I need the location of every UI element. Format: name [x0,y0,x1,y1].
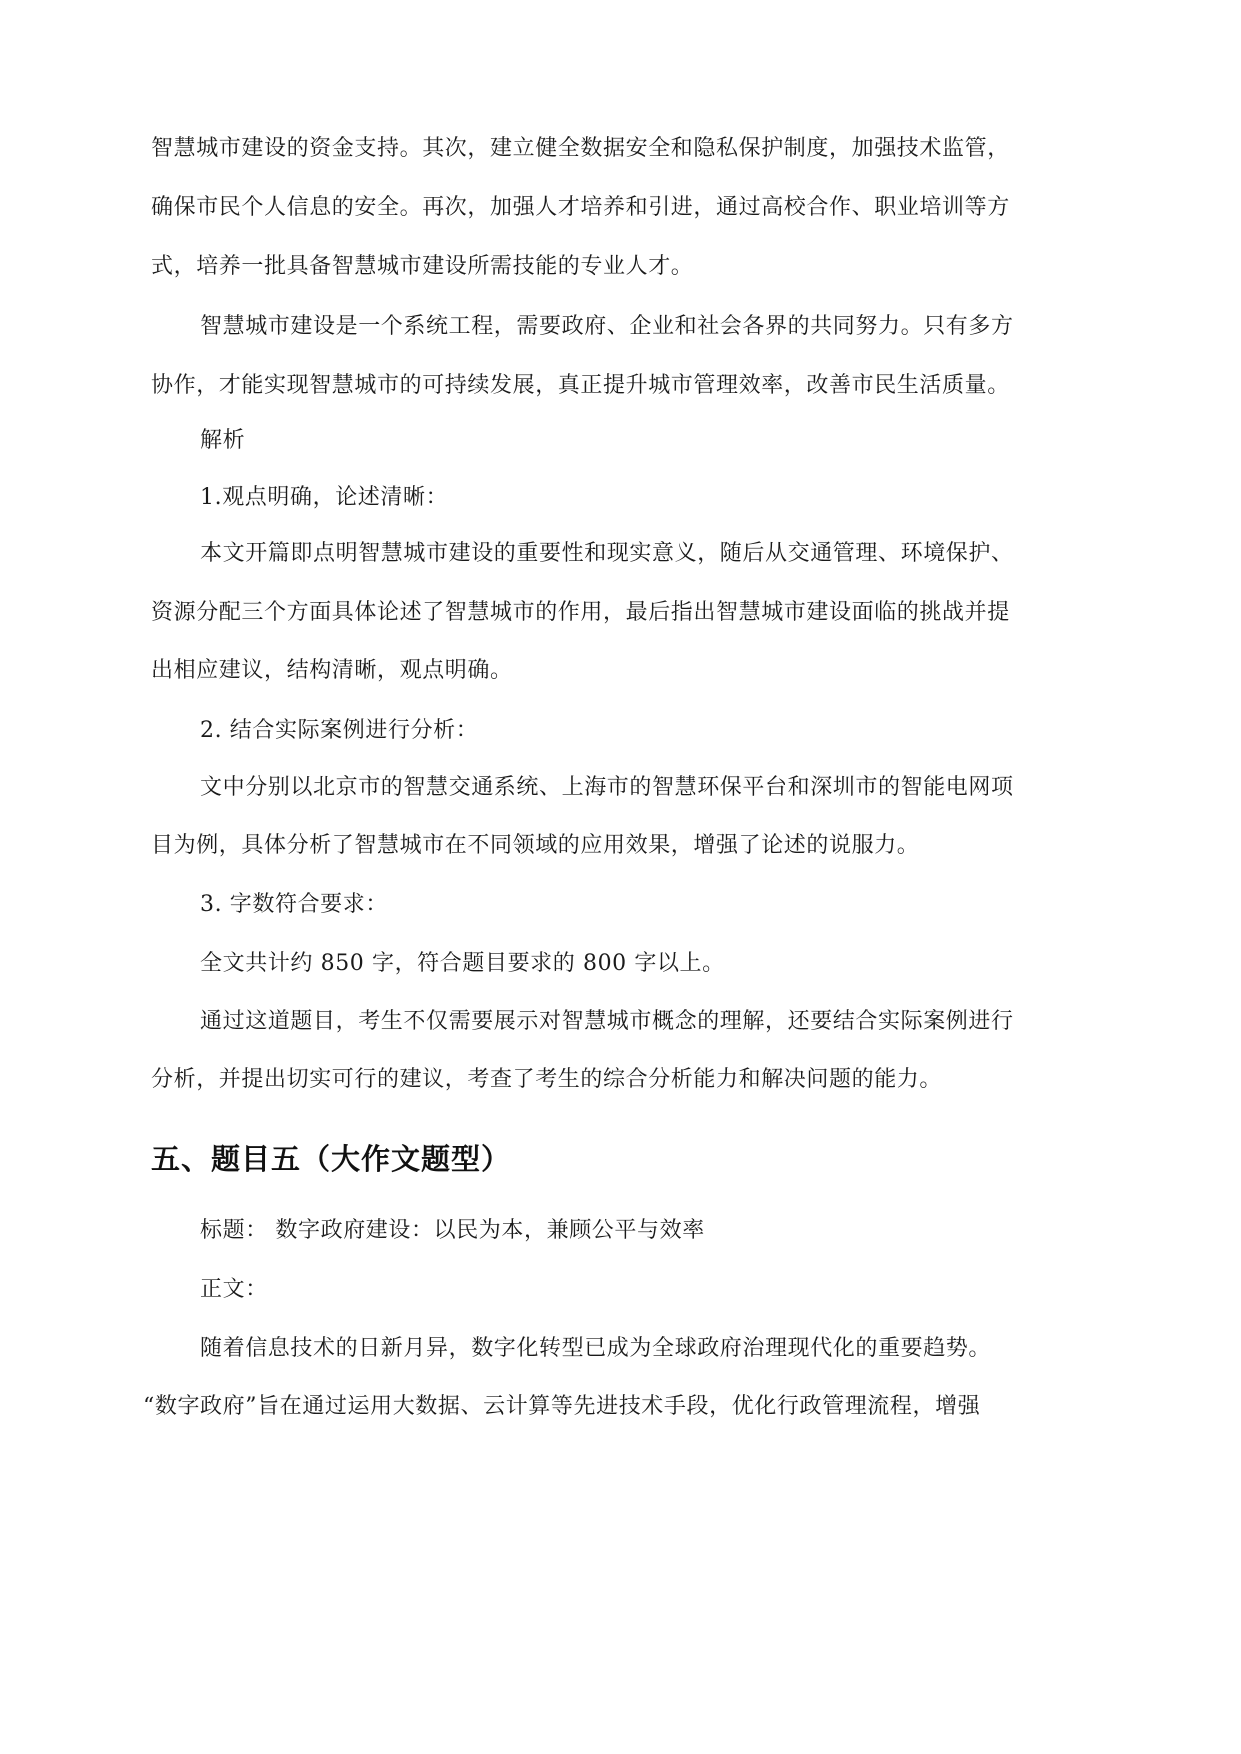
conclusion-line: 智慧城市建设是一个系统工程，需要政府、企业和社会各界的共同努力。只有多方 [200,312,1014,342]
conclusion-line: 协作，才能实现智慧城市的可持续发展，真正提升城市管理效率，改善市民生活质量。 [151,371,1010,401]
analysis-point1-line: 资源分配三个方面具体论述了智慧城市的作用，最后指出智慧城市建设面临的挑战并提 [151,598,1010,628]
analysis-summary-line: 通过这道题目，考生不仅需要展示对智慧城市概念的理解，还要结合实际案例进行 [200,1007,1014,1037]
analysis-point2-title: 2. 结合实际案例进行分析： [200,716,478,746]
analysis-point3-line: 全文共计约 850 字，符合题目要求的 800 字以上。 [200,949,725,979]
analysis-point2-line: 目为例，具体分析了智慧城市在不同领域的应用效果，增强了论述的说服力。 [151,831,919,861]
essay-body-line: 随着信息技术的日新月异，数字化转型已成为全球政府治理现代化的重要趋势。 [200,1334,991,1364]
analysis-point3-title: 3. 字数符合要求： [200,890,388,920]
section-heading: 五、题目五（大作文题型） [151,1141,511,1177]
paragraph-line: 智慧城市建设的资金支持。其次，建立健全数据安全和隐私保护制度，加强技术监管， [151,134,1010,164]
document-page: 智慧城市建设的资金支持。其次，建立健全数据安全和隐私保护制度，加强技术监管， 确… [0,0,1241,1754]
essay-body-label: 正文： [200,1275,268,1305]
analysis-label: 解析 [200,426,245,456]
analysis-point1-line: 出相应建议，结构清晰，观点明确。 [151,656,513,686]
analysis-point1-title: 1.观点明确，论述清晰： [200,483,448,513]
analysis-summary-line: 分析，并提出切实可行的建议，考查了考生的综合分析能力和解决问题的能力。 [151,1065,942,1095]
essay-title-line: 标题： 数字政府建设：以民为本，兼顾公平与效率 [200,1216,705,1246]
analysis-point2-line: 文中分别以北京市的智慧交通系统、上海市的智慧环保平台和深圳市的智能电网项 [200,773,1014,803]
analysis-point1-line: 本文开篇即点明智慧城市建设的重要性和现实意义，随后从交通管理、环境保护、 [200,539,1014,569]
paragraph-line: 确保市民个人信息的安全。再次，加强人才培养和引进，通过高校合作、职业培训等方 [151,193,1010,223]
paragraph-line: 式，培养一批具备智慧城市建设所需技能的专业人才。 [151,252,693,282]
essay-body-line: “数字政府”旨在通过运用大数据、云计算等先进技术手段，优化行政管理流程，增强 [143,1392,980,1422]
